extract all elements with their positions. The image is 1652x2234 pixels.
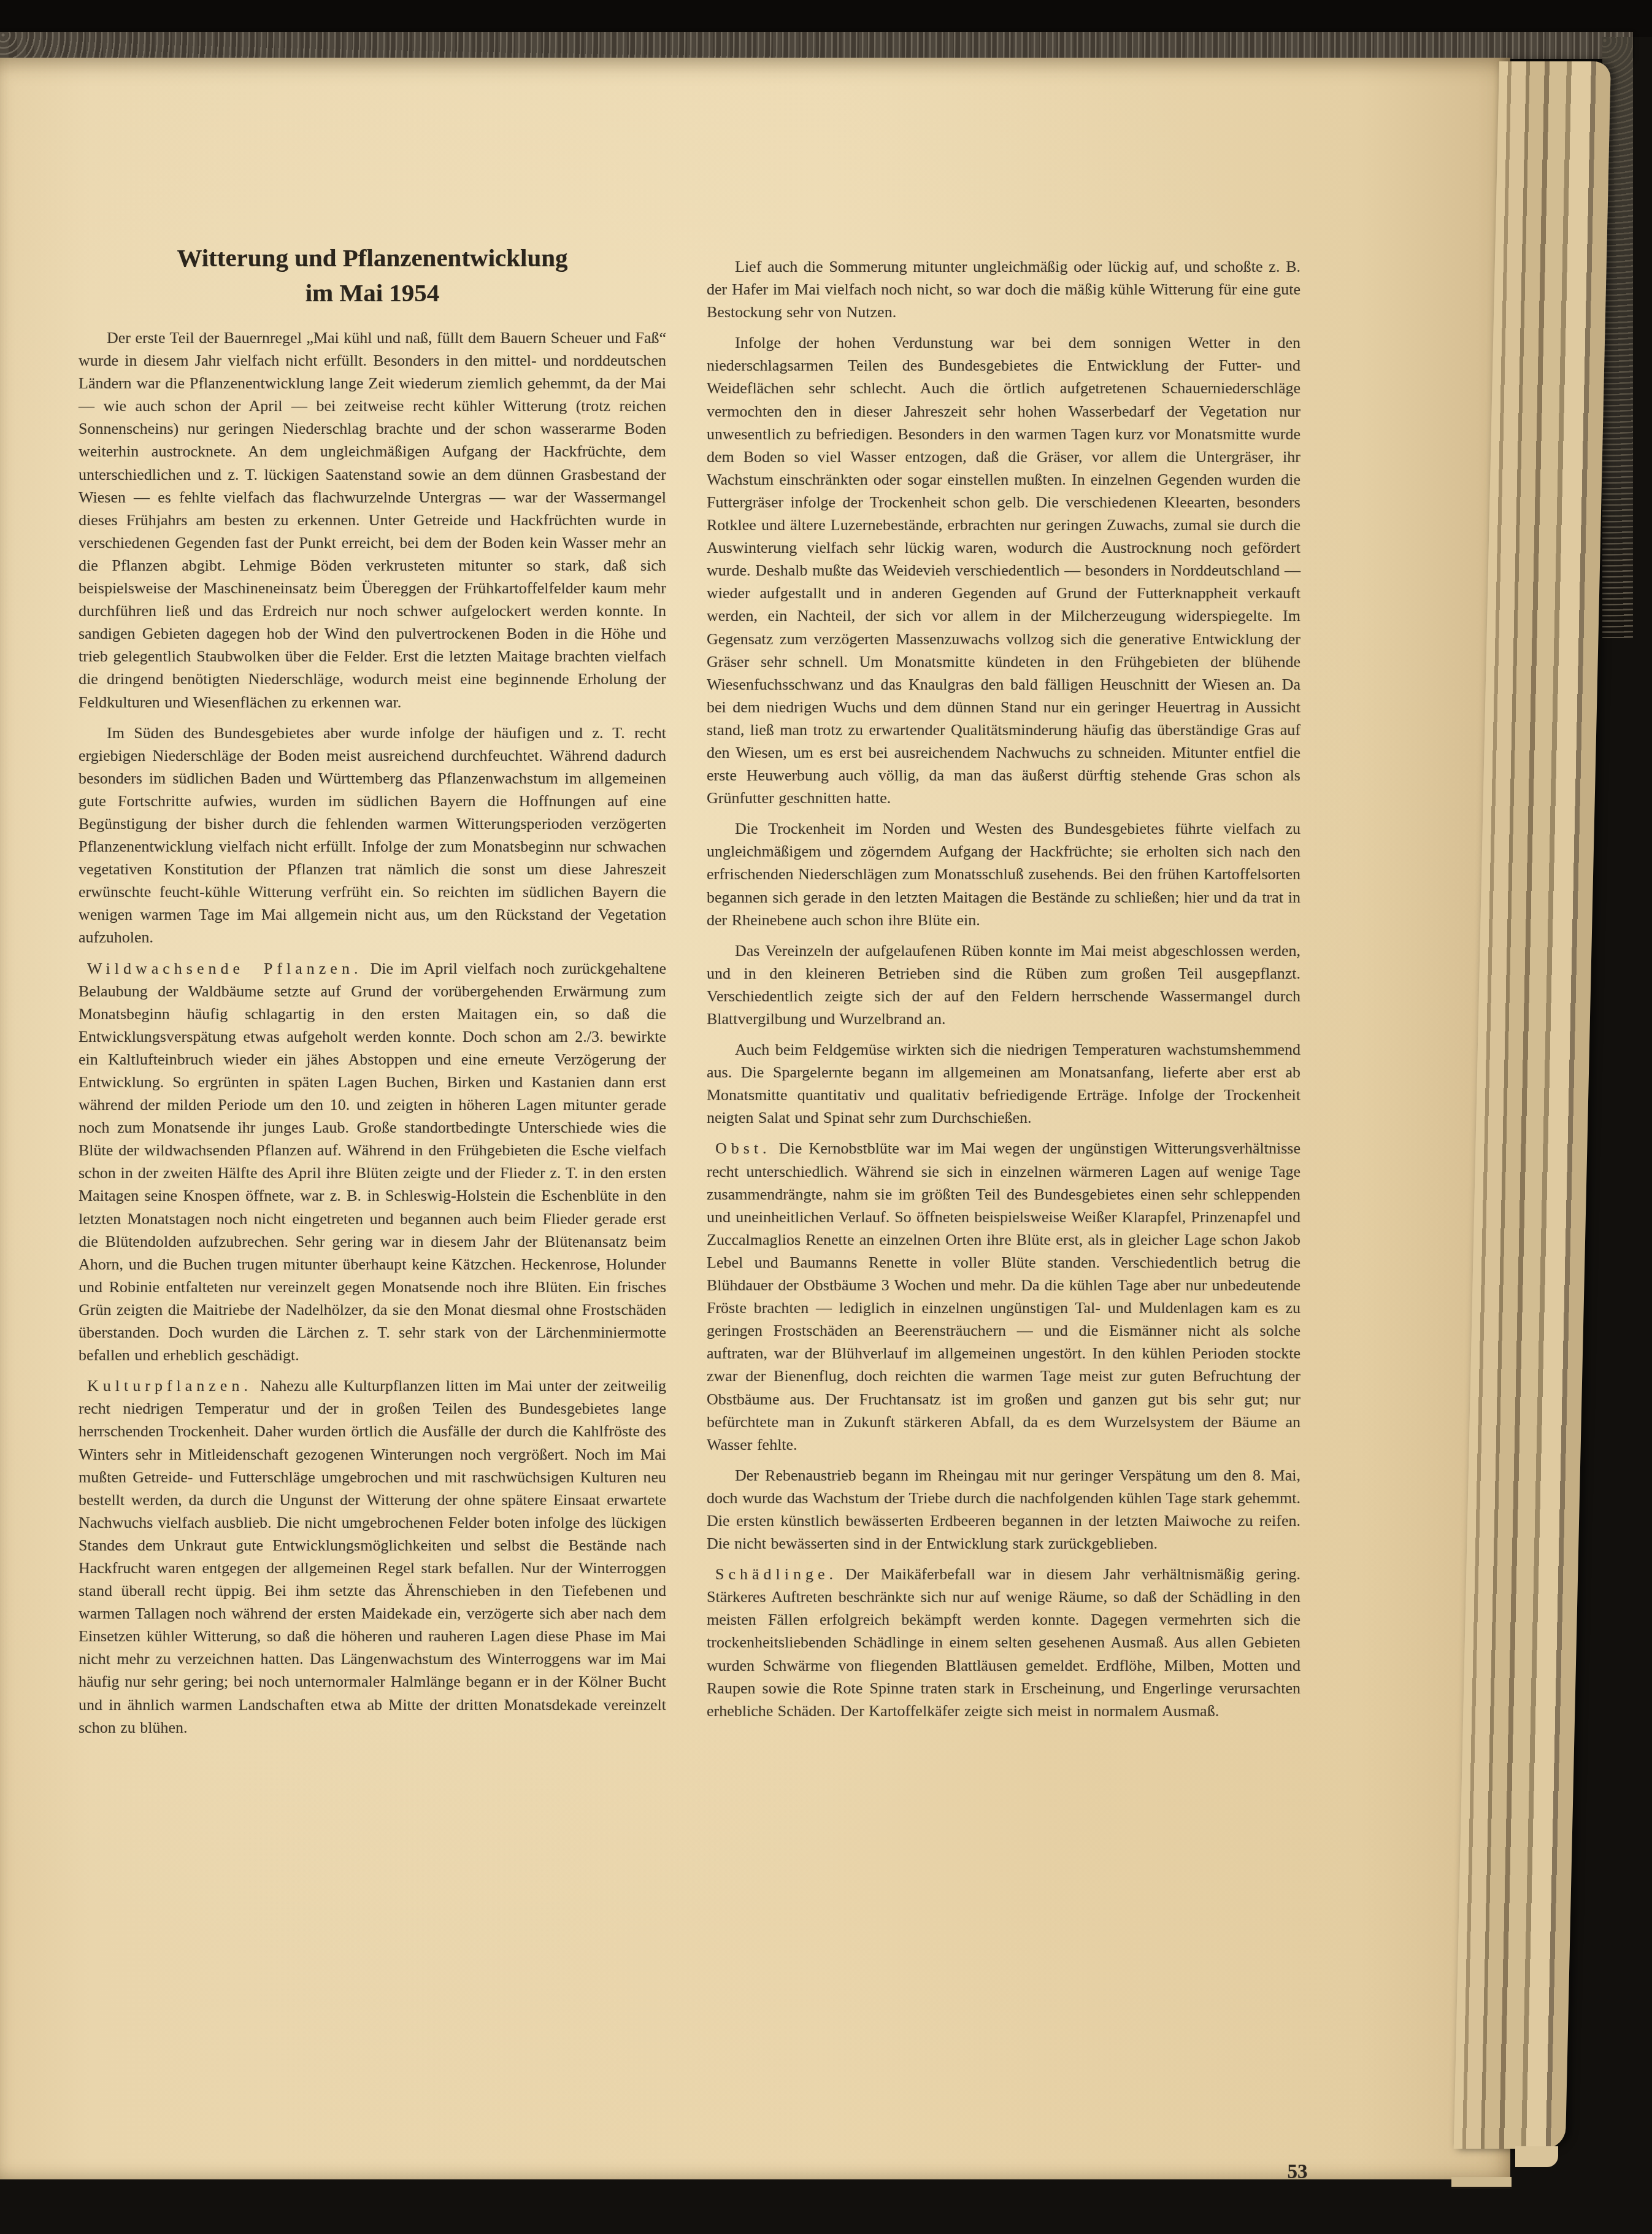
paragraph: Schädlinge. Der Maikäferbefall war in di…	[707, 1563, 1300, 1722]
article-title-line1: Witterung und Pflanzenentwicklung	[177, 244, 567, 272]
article-title: Witterung und Pflanzenentwicklung im Mai…	[79, 241, 666, 310]
right-text-column: Lief auch die Sommerung mitunter ungleic…	[707, 255, 1300, 1730]
paragraph: Das Vereinzeln der aufgelaufenen Rüben k…	[707, 939, 1300, 1030]
paragraph: Im Süden des Bundesgebietes aber wurde i…	[79, 722, 666, 949]
section-lead: Obst.	[715, 1139, 771, 1157]
paragraph: Obst. Die Kernobstblüte war im Mai wegen…	[707, 1137, 1300, 1455]
scanned-book-photo: { "page_number": "53", "article": { "tit…	[0, 0, 1652, 2234]
left-text-column: Witterung und Pflanzenentwicklung im Mai…	[79, 241, 666, 1747]
scanned-page: Witterung und Pflanzenentwicklung im Mai…	[0, 58, 1510, 2179]
section-lead: Schädlinge.	[715, 1565, 837, 1583]
book-cover-top-edge	[0, 32, 1633, 59]
paragraph: Die Trockenheit im Norden und Westen des…	[707, 817, 1300, 931]
page-corner-step	[1515, 2146, 1558, 2167]
left-column-paragraphs: Der erste Teil der Bauernregel „Mai kühl…	[79, 326, 666, 1739]
paragraph: Wildwachsende Pflanzen. Die im April vie…	[79, 957, 666, 1367]
page-number: 53	[1270, 2161, 1325, 2184]
paragraph: Der erste Teil der Bauernregel „Mai kühl…	[79, 326, 666, 714]
paragraph: Kulturpflanzen. Nahezu alle Kulturpflanz…	[79, 1374, 666, 1739]
paragraph: Der Rebenaustrieb begann im Rheingau mit…	[707, 1464, 1300, 1555]
paragraph: Infolge der hohen Verdunstung war bei de…	[707, 331, 1300, 809]
page-corner-step	[1451, 2177, 1512, 2187]
paragraph: Auch beim Feldgemüse wirkten sich die ni…	[707, 1038, 1300, 1129]
article-title-line2: im Mai 1954	[305, 279, 440, 307]
section-lead: Wildwachsende Pflanzen.	[87, 960, 362, 977]
section-lead: Kulturpflanzen.	[87, 1377, 252, 1395]
paragraph: Lief auch die Sommerung mitunter ungleic…	[707, 255, 1300, 323]
